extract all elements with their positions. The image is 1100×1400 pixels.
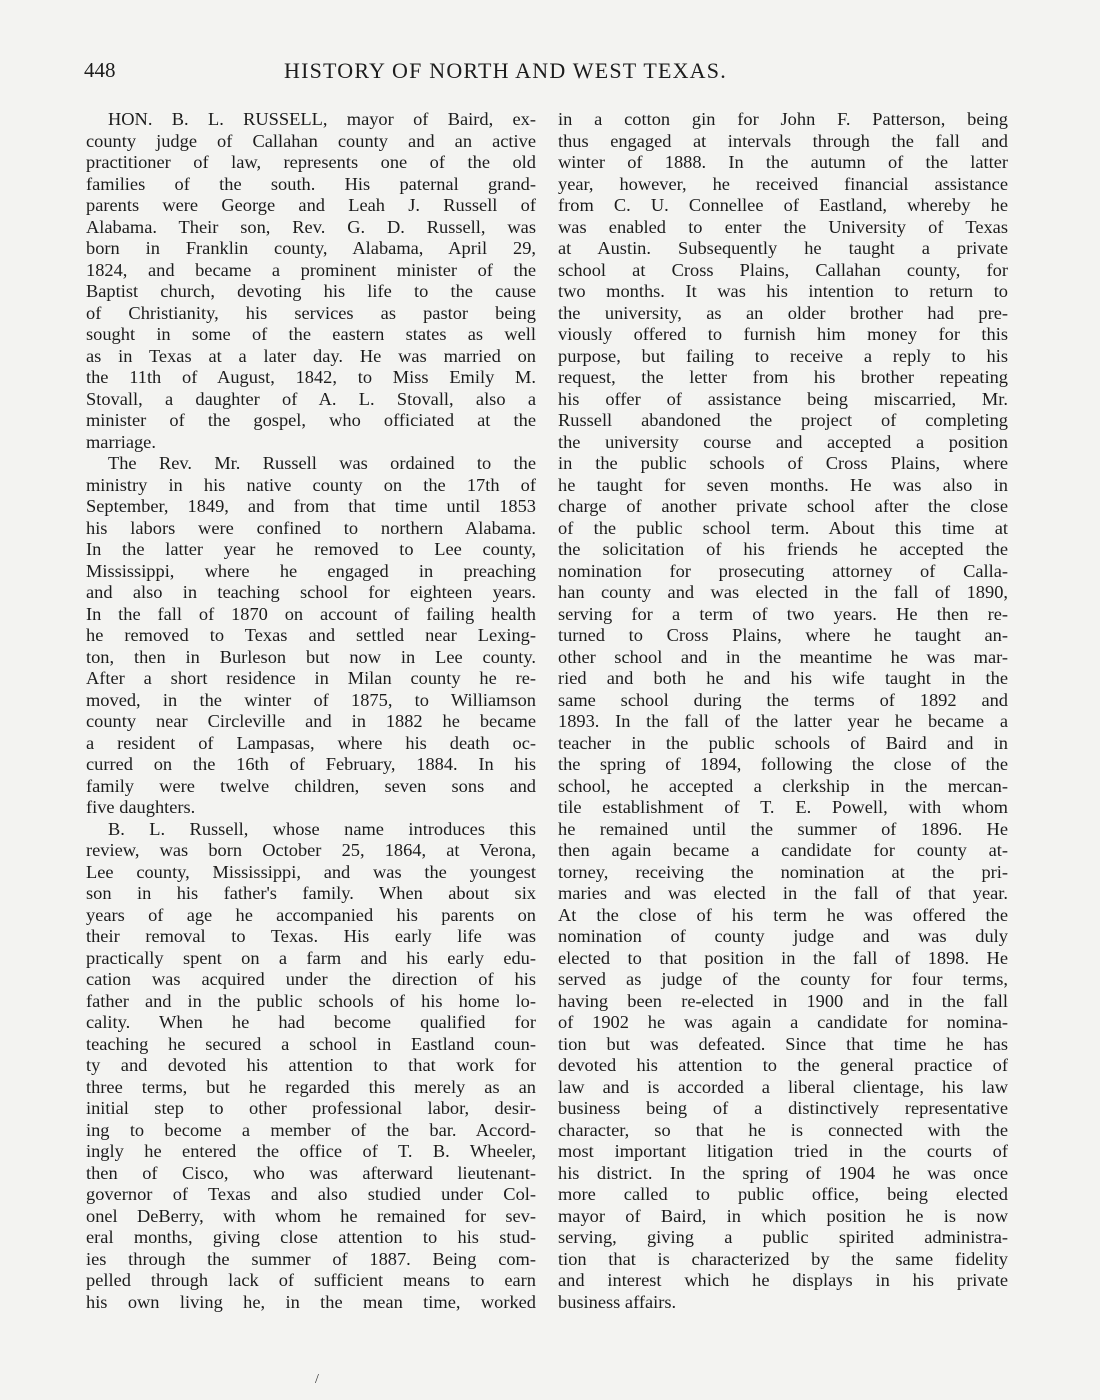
text-line: onel DeBerry, with whom he remained for … (86, 1206, 536, 1228)
text-line: more called to public office, being elec… (558, 1184, 1008, 1206)
text-line: In the latter year he removed to Lee cou… (86, 539, 536, 561)
text-line: in the public schools of Cross Plains, w… (558, 453, 1008, 475)
text-line: his own living he, in the mean time, wor… (86, 1292, 536, 1314)
text-line: born in Franklin county, Alabama, April … (86, 238, 536, 260)
text-line: Baptist church, devoting his life to the… (86, 281, 536, 303)
text-line: he taught for seven months. He was also … (558, 475, 1008, 497)
text-line: sought in some of the eastern states as … (86, 324, 536, 346)
text-line: ing to become a member of the bar. Accor… (86, 1120, 536, 1142)
text-line: two months. It was his intention to retu… (558, 281, 1008, 303)
text-line: han county and was elected in the fall o… (558, 582, 1008, 604)
text-line: ton, then in Burleson but now in Lee cou… (86, 647, 536, 669)
text-line: of 1902 he was again a candidate for nom… (558, 1012, 1008, 1034)
text-line: 1893. In the fall of the latter year he … (558, 711, 1008, 733)
page-header: 448 HISTORY OF NORTH AND WEST TEXAS. (84, 58, 1024, 88)
text-line: serving, giving a public spirited admini… (558, 1227, 1008, 1249)
text-line: business affairs. (558, 1292, 1008, 1314)
text-line: ies through the summer of 1887. Being co… (86, 1249, 536, 1271)
text-line: county judge of Callahan county and an a… (86, 131, 536, 153)
text-line: ingly he entered the office of T. B. Whe… (86, 1141, 536, 1163)
text-line: law and is accorded a liberal clientage,… (558, 1077, 1008, 1099)
text-line: school, he accepted a clerkship in the m… (558, 776, 1008, 798)
text-line: his offer of assistance being miscarried… (558, 389, 1008, 411)
text-line: families of the south. His paternal gran… (86, 174, 536, 196)
text-line: winter of 1888. In the autumn of the lat… (558, 152, 1008, 174)
text-line: parents were George and Leah J. Russell … (86, 195, 536, 217)
text-line: Mississippi, where he engaged in preachi… (86, 561, 536, 583)
text-line: other school and in the meantime he was … (558, 647, 1008, 669)
text-line: cation was acquired under the direction … (86, 969, 536, 991)
text-line: three terms, but he regarded this merely… (86, 1077, 536, 1099)
stray-print-mark: / (315, 1372, 319, 1388)
text-line: pelled through lack of sufficient means … (86, 1270, 536, 1292)
text-line: the spring of 1894, following the close … (558, 754, 1008, 776)
text-line: the university course and accepted a pos… (558, 432, 1008, 454)
text-line: September, 1849, and from that time unti… (86, 496, 536, 518)
text-line: After a short residence in Milan county … (86, 668, 536, 690)
text-line: At the close of his term he was offered … (558, 905, 1008, 927)
text-line: his labors were confined to northern Ala… (86, 518, 536, 540)
right-column: in a cotton gin for John F. Patterson, b… (558, 109, 1008, 1313)
left-column: HON. B. L. RUSSELL, mayor of Baird, ex-c… (86, 109, 536, 1313)
text-line: from C. U. Connellee of Eastland, whereb… (558, 195, 1008, 217)
text-line: same school during the terms of 1892 and (558, 690, 1008, 712)
text-line: teacher in the public schools of Baird a… (558, 733, 1008, 755)
text-line: marriage. (86, 432, 536, 454)
text-line: review, was born October 25, 1864, at Ve… (86, 840, 536, 862)
text-line: request, the letter from his brother rep… (558, 367, 1008, 389)
text-line: having been re-elected in 1900 and in th… (558, 991, 1008, 1013)
text-line: Stovall, a daughter of A. L. Stovall, al… (86, 389, 536, 411)
text-line: of Christianity, his services as pastor … (86, 303, 536, 325)
text-line: he removed to Texas and settled near Lex… (86, 625, 536, 647)
text-line: years of age he accompanied his parents … (86, 905, 536, 927)
text-line: business being of a distinctively repres… (558, 1098, 1008, 1120)
text-line: teaching he secured a school in Eastland… (86, 1034, 536, 1056)
text-line: 1824, and became a prominent minister of… (86, 260, 536, 282)
text-line: turned to Cross Plains, where he taught … (558, 625, 1008, 647)
text-line: of the public school term. About this ti… (558, 518, 1008, 540)
text-line: elected to that position in the fall of … (558, 948, 1008, 970)
running-title: HISTORY OF NORTH AND WEST TEXAS. (284, 58, 727, 84)
text-line: tion but was defeated. Since that time h… (558, 1034, 1008, 1056)
text-line: he remained until the summer of 1896. He (558, 819, 1008, 841)
text-line: and also in teaching school for eighteen… (86, 582, 536, 604)
text-line: a resident of Lampasas, where his death … (86, 733, 536, 755)
text-line: tion that is characterized by the same f… (558, 1249, 1008, 1271)
text-line: purpose, but failing to receive a reply … (558, 346, 1008, 368)
text-line: curred on the 16th of February, 1884. In… (86, 754, 536, 776)
text-line: then again became a candidate for county… (558, 840, 1008, 862)
text-line: maries and was elected in the fall of th… (558, 883, 1008, 905)
text-line: their removal to Texas. His early life w… (86, 926, 536, 948)
text-line: The Rev. Mr. Russell was ordained to the (86, 453, 536, 475)
text-line: torney, receiving the nomination at the … (558, 862, 1008, 884)
text-line: devoted his attention to the general pra… (558, 1055, 1008, 1077)
text-line: was enabled to enter the University of T… (558, 217, 1008, 239)
text-line: the 11th of August, 1842, to Miss Emily … (86, 367, 536, 389)
text-line: nomination of county judge and was duly (558, 926, 1008, 948)
text-line: five daughters. (86, 797, 536, 819)
page-number: 448 (84, 58, 116, 83)
text-line: then of Cisco, who was afterward lieuten… (86, 1163, 536, 1185)
text-line: minister of the gospel, who officiated a… (86, 410, 536, 432)
text-line: ried and both he and his wife taught in … (558, 668, 1008, 690)
text-line: Lee county, Mississippi, and was the you… (86, 862, 536, 884)
text-line: moved, in the winter of 1875, to William… (86, 690, 536, 712)
text-line: county near Circleville and in 1882 he b… (86, 711, 536, 733)
text-line: practitioner of law, represents one of t… (86, 152, 536, 174)
text-line: cality. When he had become qualified for (86, 1012, 536, 1034)
text-line: as in Texas at a later day. He was marri… (86, 346, 536, 368)
text-line: served as judge of the county for four t… (558, 969, 1008, 991)
text-line: thus engaged at intervals through the fa… (558, 131, 1008, 153)
text-line: HON. B. L. RUSSELL, mayor of Baird, ex- (86, 109, 536, 131)
text-line: the university, as an older brother had … (558, 303, 1008, 325)
text-line: ty and devoted his attention to that wor… (86, 1055, 536, 1077)
text-line: In the fall of 1870 on account of failin… (86, 604, 536, 626)
text-line: Russell abandoned the project of complet… (558, 410, 1008, 432)
text-line: tile establishment of T. E. Powell, with… (558, 797, 1008, 819)
text-line: initial step to other professional labor… (86, 1098, 536, 1120)
text-line: son in his father's family. When about s… (86, 883, 536, 905)
text-line: in a cotton gin for John F. Patterson, b… (558, 109, 1008, 131)
text-line: school at Cross Plains, Callahan county,… (558, 260, 1008, 282)
text-line: mayor of Baird, in which position he is … (558, 1206, 1008, 1228)
text-line: ministry in his native county on the 17t… (86, 475, 536, 497)
text-line: nomination for prosecuting attorney of C… (558, 561, 1008, 583)
text-line: at Austin. Subsequently he taught a priv… (558, 238, 1008, 260)
text-line: the solicitation of his friends he accep… (558, 539, 1008, 561)
text-line: father and in the public schools of his … (86, 991, 536, 1013)
text-line: B. L. Russell, whose name introduces thi… (86, 819, 536, 841)
text-line: governor of Texas and also studied under… (86, 1184, 536, 1206)
text-line: his district. In the spring of 1904 he w… (558, 1163, 1008, 1185)
text-line: eral months, giving close attention to h… (86, 1227, 536, 1249)
text-line: and interest which he displays in his pr… (558, 1270, 1008, 1292)
text-line: practically spent on a farm and his earl… (86, 948, 536, 970)
text-line: viously offered to furnish him money for… (558, 324, 1008, 346)
text-line: family were twelve children, seven sons … (86, 776, 536, 798)
text-line: year, however, he received financial ass… (558, 174, 1008, 196)
text-line: serving for a term of two years. He then… (558, 604, 1008, 626)
text-line: charge of another private school after t… (558, 496, 1008, 518)
text-line: most important litigation tried in the c… (558, 1141, 1008, 1163)
text-line: Alabama. Their son, Rev. G. D. Russell, … (86, 217, 536, 239)
text-line: character, so that he is connected with … (558, 1120, 1008, 1142)
